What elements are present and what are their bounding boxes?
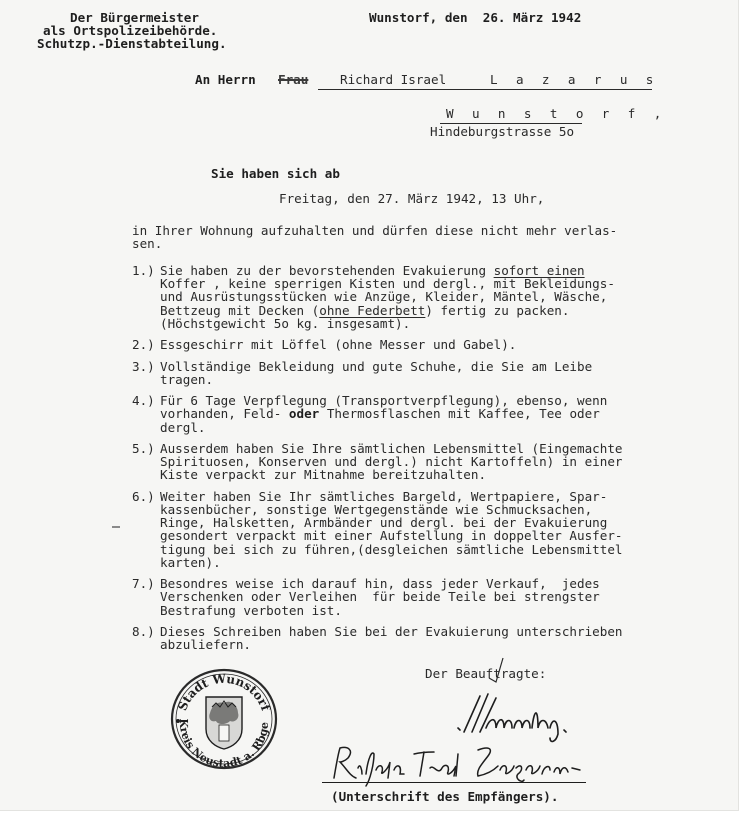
item-2-line: Essgeschirr mit Löffel (ohne Messer und … [160, 338, 516, 352]
coat-of-arms-shield-icon [206, 697, 242, 749]
recipient-street: Hindeburgstrasse 5o [430, 125, 574, 139]
item-3-line: Vollständige Bekleidung und gute Schuhe,… [160, 360, 592, 374]
text-run: tragen. [160, 372, 213, 387]
beauftragte-checkmark [486, 656, 506, 686]
text-run: Bestrafung verboten ist. [160, 603, 342, 618]
item-number: 1.) [132, 264, 155, 278]
item-4-line: dergl. [160, 421, 206, 435]
document-page: Der Bürgermeister als Ortspolizeibehörde… [0, 0, 739, 811]
letterhead-line-3: Schutzp.-Dienstabteilung. [37, 37, 227, 51]
intro-line-2: in Ihrer Wohnung aufzuhalten und dürfen … [132, 224, 617, 238]
item-8-line: abzuliefern. [160, 638, 251, 652]
item-number: 5.) [132, 442, 155, 456]
item-number: 7.) [132, 577, 155, 591]
item-1-line: (Höchstgewicht 5o kg. insgesamt). [160, 317, 410, 331]
item-6-line: karten). [160, 556, 221, 570]
item-3-line: tragen. [160, 373, 213, 387]
city-seal-stamp: Stadt Wunstorf Kreis Neustadt a. Rbge. [168, 667, 280, 771]
dateline: Wunstorf, den 26. März 1942 [369, 11, 581, 25]
official-signature [452, 688, 582, 748]
text-run: karten). [160, 555, 221, 570]
recipient-name-underline [318, 89, 652, 90]
text-run: Thermosflaschen mit Kaffee, Tee oder [319, 406, 600, 421]
text-run: abzuliefern. [160, 637, 251, 652]
text-run: Vollständige Bekleidung und gute Schuhe,… [160, 359, 592, 374]
recipient-signature-line [322, 782, 586, 783]
text-run: Essgeschirr mit Löffel (ohne Messer und … [160, 337, 516, 352]
margin-mark [112, 526, 120, 528]
recipient-surname: L a z a r u s [490, 73, 659, 87]
item-6-line: tigung bei sich zu führen,(desgleichen s… [160, 543, 623, 557]
item-4-line: vorhanden, Feld- oder Thermosflaschen mi… [160, 407, 600, 421]
item-number: 3.) [132, 360, 155, 374]
text-run: ) fertig zu packen. [425, 303, 569, 318]
text-run: tigung bei sich zu führen,(desgleichen s… [160, 542, 623, 557]
recipient-caption: (Unterschrift des Empfängers). [331, 790, 558, 804]
text-run: dergl. [160, 420, 206, 435]
bold-correction: oder [289, 406, 319, 421]
item-7-line: Bestrafung verboten ist. [160, 604, 342, 618]
recipient-salutation: An Herrn [195, 73, 256, 87]
recipient-first-names: Richard Israel [340, 73, 446, 87]
text-run: (Höchstgewicht 5o kg. insgesamt). [160, 316, 410, 331]
intro-date-line: Freitag, den 27. März 1942, 13 Uhr, [279, 192, 544, 206]
item-5-line: Kiste verpackt zur Mitnahme bereitzuhalt… [160, 468, 486, 482]
item-number: 4.) [132, 394, 155, 408]
text-run: Kiste verpackt zur Mitnahme bereitzuhalt… [160, 467, 486, 482]
intro-line-3: sen. [132, 237, 162, 251]
item-number: 6.) [132, 490, 155, 504]
intro-line-1: Sie haben sich ab [211, 167, 340, 181]
struck-word: Frau [278, 73, 308, 87]
recipient-city: W u n s t o r f , [446, 107, 667, 121]
item-number: 8.) [132, 625, 155, 639]
item-number: 2.) [132, 338, 155, 352]
